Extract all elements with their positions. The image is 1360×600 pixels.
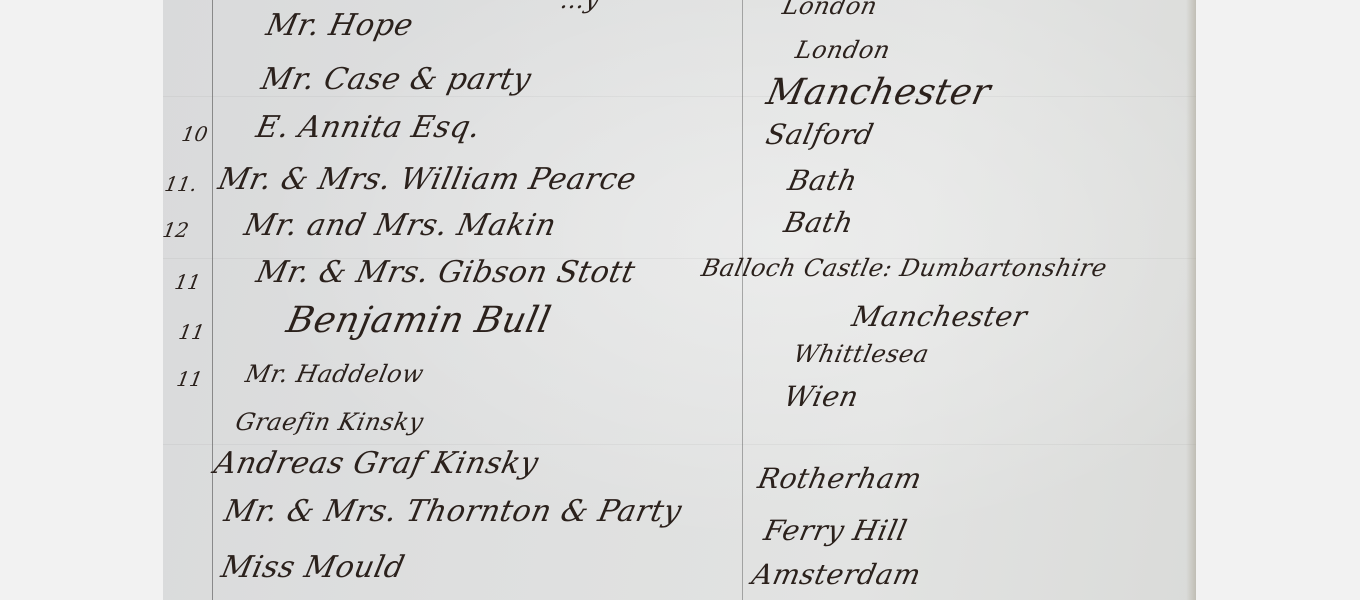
entry-residence: Manchester (849, 300, 1030, 333)
entry-name: E. Annita Esq. (253, 110, 484, 145)
entry-number: 10 (180, 122, 210, 146)
top-fragment-residence: London (780, 0, 880, 20)
top-fragment-left: …y (558, 0, 603, 14)
viewer-stage: …y London Mr. Hope London Mr. Case & par… (0, 0, 1360, 600)
entry-residence: Manchester (763, 72, 994, 113)
entry-name: Miss Mould (218, 550, 408, 585)
entry-name: Mr. and Mrs. Makin (241, 208, 559, 243)
entry-name: Benjamin Bull (283, 300, 555, 341)
column-divider (742, 0, 743, 600)
entry-name: Mr. Haddelow (243, 360, 426, 388)
register-page-photo: …y London Mr. Hope London Mr. Case & par… (163, 0, 1196, 600)
entry-residence: Ferry Hill (761, 514, 910, 547)
entry-residence: Whittlesea (791, 340, 932, 368)
margin-rule (212, 0, 213, 600)
ruled-line (163, 444, 1196, 445)
entry-number: 11 (177, 320, 207, 344)
entry-residence: Rotherham (755, 462, 925, 495)
entry-residence: Balloch Castle: Dumbartonshire (699, 254, 1110, 282)
entry-name: Mr. & Mrs. Thornton & Party (221, 494, 685, 529)
entry-number: 12 (163, 218, 191, 242)
entry-name: Mr. & Mrs. Gibson Stott (253, 255, 638, 290)
entry-residence: Bath (785, 164, 861, 197)
entry-name: Mr. Case & party (258, 62, 534, 97)
entry-residence: Salford (763, 118, 877, 151)
entry-number: 11 (175, 367, 205, 391)
entry-number: 11 (173, 270, 203, 294)
entry-name: Mr. Hope (263, 8, 416, 43)
entry-number: 11. (163, 172, 199, 196)
entry-residence: Wien (781, 380, 862, 413)
entry-name: Graefin Kinsky (233, 408, 426, 436)
entry-name: Andreas Graf Kinsky (211, 446, 542, 481)
entry-residence: Amsterdam (749, 558, 924, 591)
entry-residence: Bath (781, 206, 857, 239)
entry-residence: London (793, 36, 893, 64)
entry-name: Mr. & Mrs. William Pearce (215, 162, 639, 197)
